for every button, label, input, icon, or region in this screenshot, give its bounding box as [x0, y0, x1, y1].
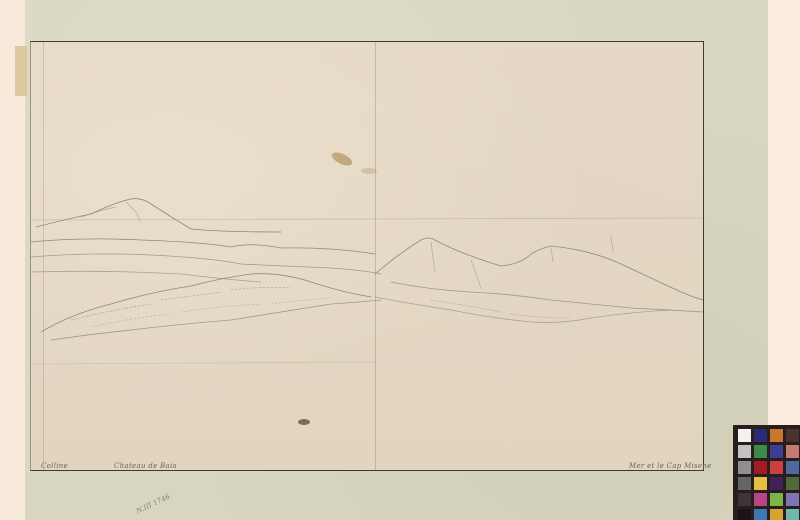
color-swatch [786, 493, 799, 506]
color-swatch [738, 429, 751, 442]
color-swatch [786, 477, 799, 490]
color-swatch [770, 429, 783, 442]
color-swatch [738, 445, 751, 458]
color-swatch [738, 493, 751, 506]
stain [298, 419, 310, 425]
color-swatch [770, 509, 783, 520]
color-swatch [770, 461, 783, 474]
color-swatch [770, 445, 783, 458]
caption-title: Chateau de Baia [114, 462, 177, 470]
color-swatch [738, 477, 751, 490]
landscape-sketch [31, 42, 703, 470]
color-swatch [786, 445, 799, 458]
caption-right: Mer et le Cap Misene [629, 462, 712, 470]
color-swatch [738, 509, 751, 520]
color-swatch [786, 509, 799, 520]
drawing-sheet: Colline Chateau de Baia Mer et le Cap Mi… [30, 41, 704, 471]
color-swatch [754, 429, 767, 442]
color-swatch [770, 493, 783, 506]
stain [361, 168, 377, 174]
color-swatch [754, 509, 767, 520]
mount-inscription: N.III 1746 [135, 493, 171, 516]
color-swatch [754, 461, 767, 474]
swatch-grid [738, 429, 797, 520]
color-swatch [738, 461, 751, 474]
paper-tab [15, 46, 27, 96]
color-calibration-target [733, 425, 800, 520]
caption-left: Colline [41, 462, 68, 470]
color-swatch [786, 461, 799, 474]
color-swatch [786, 429, 799, 442]
color-swatch [754, 477, 767, 490]
color-swatch [770, 477, 783, 490]
color-swatch [754, 493, 767, 506]
color-swatch [754, 445, 767, 458]
